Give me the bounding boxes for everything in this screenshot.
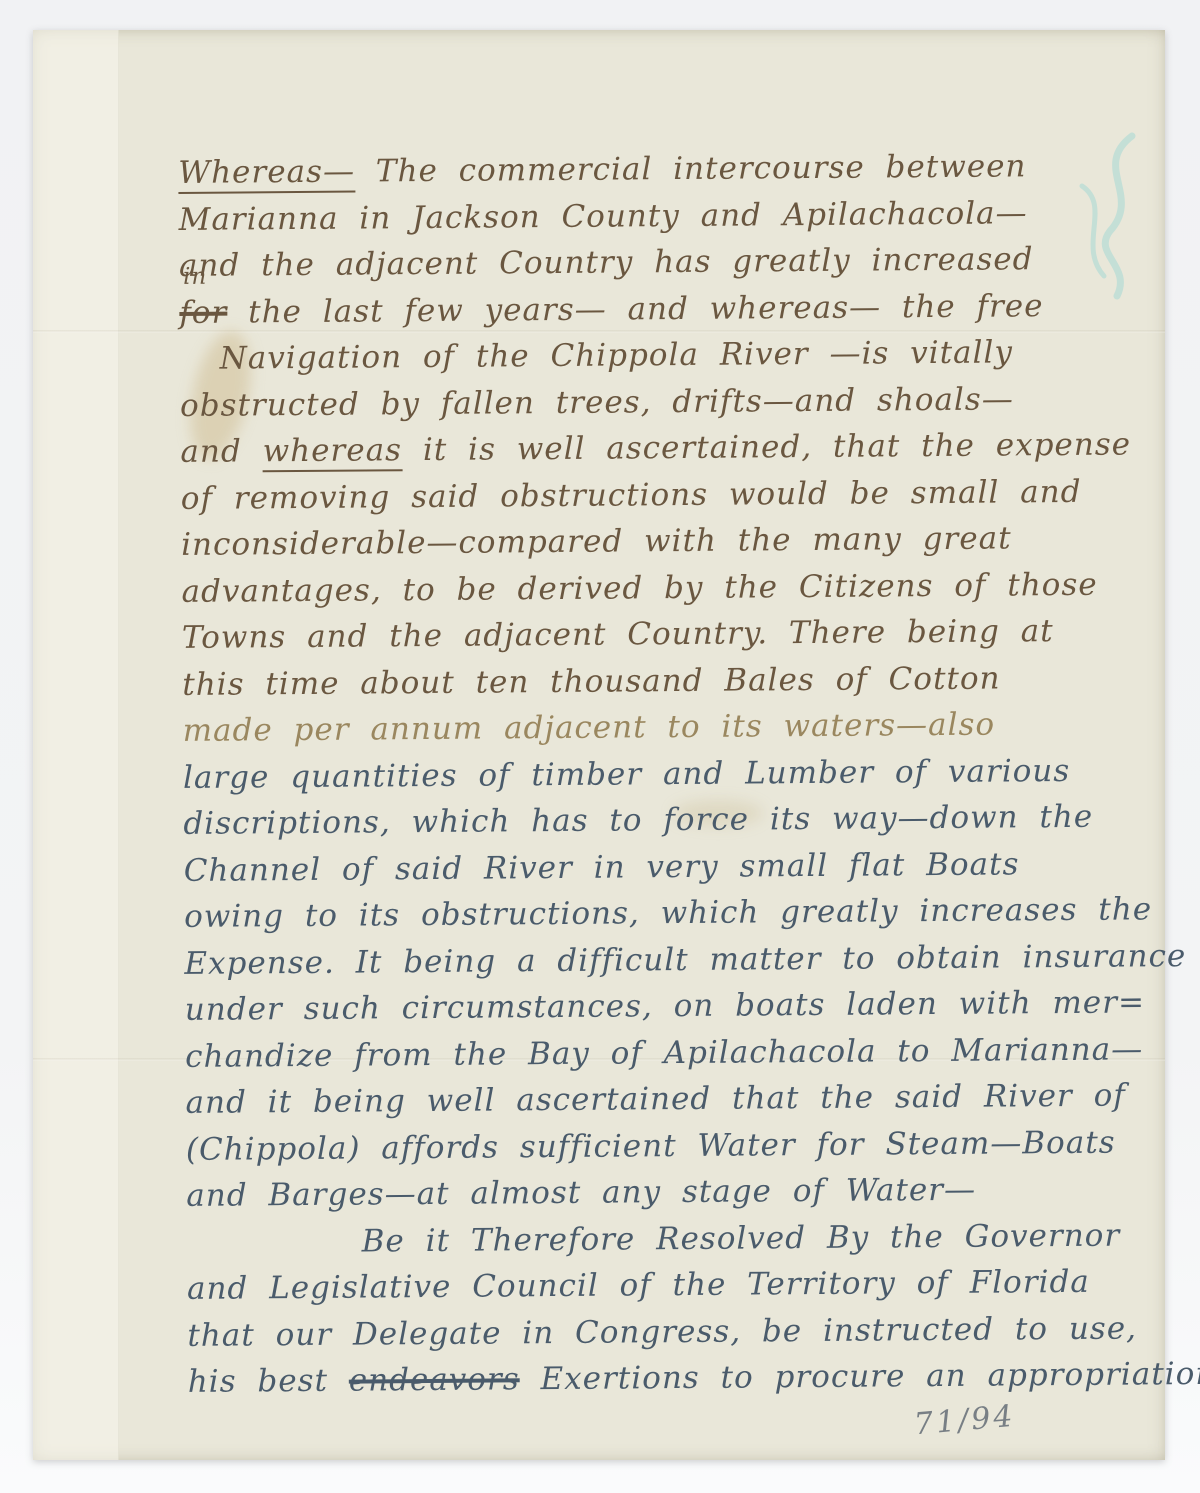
text-segment: large quantities of timber and Lumber of… <box>183 752 1070 795</box>
manuscript-line: made per annum adjacent to its waters—al… <box>182 700 1182 754</box>
inserted-word: in <box>183 265 207 288</box>
text-segment: and it being well ascertained that the s… <box>185 1078 1126 1121</box>
manuscript-line: Marianna in Jackson County and Apilachac… <box>178 189 1178 243</box>
text-segment: the last few years— and whereas— the fre… <box>227 288 1043 330</box>
text-segment: Exertions to procure an appropriation <box>520 1356 1200 1397</box>
correction: infor <box>179 289 227 336</box>
text-segment: obstructed by fallen trees, drifts—and s… <box>180 381 1014 424</box>
pencil-page-number: 71/94 <box>912 1399 1016 1443</box>
manuscript-line: Expense. It being a difficult matter to … <box>184 933 1184 987</box>
manuscript-page: Whereas— The commercial intercourse betw… <box>33 30 1165 1460</box>
manuscript-line: inconsiderable—compared with the many gr… <box>181 514 1181 568</box>
text-segment: that our Delegate in Congress, be instru… <box>187 1310 1137 1353</box>
text-segment: and <box>180 433 262 470</box>
text-segment: whereas <box>262 432 402 472</box>
manuscript-line: under such circumstances, on boats laden… <box>185 979 1185 1033</box>
manuscript-line: obstructed by fallen trees, drifts—and s… <box>180 375 1180 429</box>
text-segment: this time about ten thousand Bales of Co… <box>182 660 1001 702</box>
text-segment: his best <box>188 1363 349 1400</box>
manuscript-text: Whereas— The commercial intercourse betw… <box>178 142 1188 1405</box>
text-segment: it is well ascertained, that the expense <box>402 426 1131 468</box>
manuscript-line: (Chippola) affords sufficient Water for … <box>186 1119 1186 1173</box>
manuscript-line: Towns and the adjacent Country. There be… <box>182 607 1182 661</box>
manuscript-line: and Barges—at almost any stage of Water— <box>186 1165 1186 1219</box>
text-segment: inconsiderable—compared with the many gr… <box>181 520 1012 563</box>
text-segment: discriptions, which has to force its way… <box>183 799 1093 842</box>
text-segment: Channel of said River in very small flat… <box>184 846 1020 889</box>
text-segment: and Barges—at almost any stage of Water— <box>186 1172 976 1214</box>
text-segment: for <box>179 294 227 330</box>
text-segment: owing to its obstructions, which greatly… <box>184 891 1152 935</box>
manuscript-line: and whereas it is well ascertained, that… <box>180 421 1180 475</box>
text-segment: Navigation of the Chippola River —is vit… <box>220 334 1013 376</box>
manuscript-line: and Legislative Council of the Territory… <box>187 1258 1187 1312</box>
text-segment: under such circumstances, on boats laden… <box>185 984 1145 1028</box>
scanned-document-background: { "page": { "background": "#f2f3f5", "pa… <box>0 0 1200 1493</box>
manuscript-line: this time about ten thousand Bales of Co… <box>182 654 1182 708</box>
manuscript-line: and it being well ascertained that the s… <box>185 1072 1185 1126</box>
text-segment: and Legislative Council of the Territory… <box>187 1264 1090 1307</box>
text-segment: made per annum adjacent to its waters—al… <box>183 707 996 749</box>
text-segment: Be it Therefore Resolved By the Governor <box>362 1217 1121 1259</box>
manuscript-line: that our Delegate in Congress, be instru… <box>187 1305 1187 1359</box>
manuscript-line: infor the last few years— and whereas— t… <box>179 282 1179 336</box>
manuscript-line: of removing said obstructions would be s… <box>181 468 1181 522</box>
manuscript-line: Be it Therefore Resolved By the Governor <box>186 1212 1186 1266</box>
paper-fold-strip <box>33 30 119 1460</box>
text-segment: (Chippola) affords sufficient Water for … <box>186 1124 1116 1167</box>
manuscript-line: Navigation of the Chippola River —is vit… <box>180 328 1180 382</box>
text-segment: Whereas— <box>178 154 355 194</box>
manuscript-line: and the adjacent Country has greatly inc… <box>179 235 1179 289</box>
manuscript-line: advantages, to be derived by the Citizen… <box>181 561 1181 615</box>
text-segment: The commercial intercourse between <box>355 148 1027 189</box>
text-segment: advantages, to be derived by the Citizen… <box>181 566 1097 609</box>
manuscript-line: his best endeavors Exertions to procure … <box>188 1351 1188 1405</box>
text-segment: endeavors <box>349 1361 520 1398</box>
manuscript-line: chandize from the Bay of Apilachacola to… <box>185 1026 1185 1080</box>
text-segment: Expense. It being a difficult matter to … <box>184 938 1186 982</box>
manuscript-line: discriptions, which has to force its way… <box>183 793 1183 847</box>
manuscript-line: large quantities of timber and Lumber of… <box>183 747 1183 801</box>
text-segment: and the adjacent Country has greatly inc… <box>179 241 1034 284</box>
text-segment: chandize from the Bay of Apilachacola to… <box>185 1031 1143 1075</box>
manuscript-line: Channel of said River in very small flat… <box>184 840 1184 894</box>
text-segment: Towns and the adjacent Country. There be… <box>182 613 1054 656</box>
text-segment: Marianna in Jackson County and Apilachac… <box>178 195 1027 238</box>
text-segment: of removing said obstructions would be s… <box>181 473 1082 516</box>
manuscript-line: Whereas— The commercial intercourse betw… <box>178 142 1178 196</box>
manuscript-line: owing to its obstructions, which greatly… <box>184 886 1184 940</box>
